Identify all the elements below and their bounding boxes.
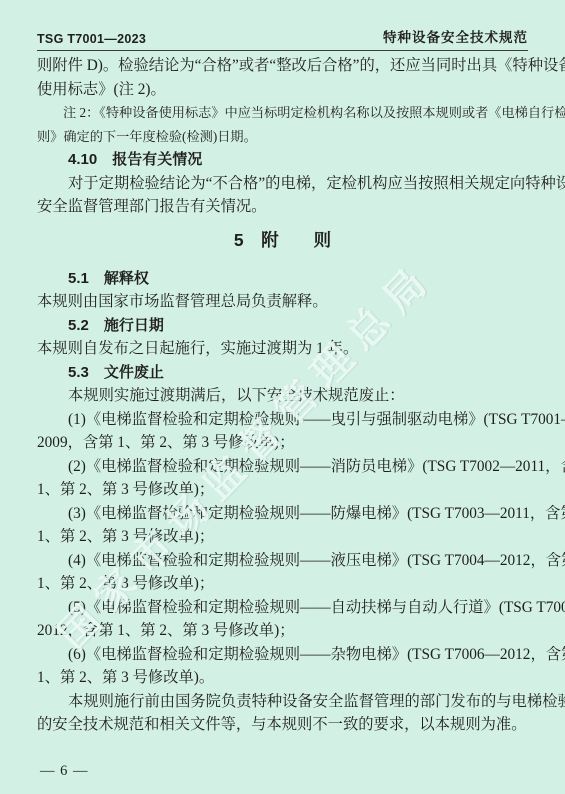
text-line: 安全监督管理部门报告有关情况。 xyxy=(37,195,528,219)
section-heading: 4.10 报告有关情况 xyxy=(37,148,528,172)
section-heading: 5.3 文件废止 xyxy=(37,361,528,385)
text-line: (2)《电梯监督检验和定期检验规则——消防员电梯》(TSG T7002—2011… xyxy=(37,455,528,479)
text-line: 则附件 D)。检验结论为“合格”或者“整改后合格”的，还应当同时出具《特种设备 xyxy=(37,54,528,78)
text-line: (3)《电梯监督检验和定期检验规则——防爆电梯》(TSG T7003—2011，… xyxy=(37,502,528,526)
text-line: 注 2：《特种设备使用标志》中应当标明定检机构名称以及按照本规则或者《电梯自行检… xyxy=(37,101,528,125)
text-line: 2009，含第 1、第 2、第 3 号修改单)； xyxy=(37,431,528,455)
text-line: 本规则实施过渡期满后，以下安全技术规范废止： xyxy=(37,384,528,408)
text-line: (5)《电梯监督检验和定期检验规则——自动扶梯与自动人行道》(TSG T7005… xyxy=(37,596,528,620)
section-heading: 5.2 施行日期 xyxy=(37,314,528,338)
text-line: 本规则自发布之日起施行，实施过渡期为 1 年。 xyxy=(37,337,528,361)
text-line: 2012，含第 1、第 2、第 3 号修改单)； xyxy=(37,619,528,643)
text-line: (1)《电梯监督检验和定期检验规则——曳引与强制驱动电梯》(TSG T7001— xyxy=(37,408,528,432)
text-line: 1、第 2、第 3 号修改单)； xyxy=(37,525,528,549)
text-line: (6)《电梯监督检验和定期检验规则——杂物电梯》(TSG T7006—2012，… xyxy=(37,643,528,667)
page-number: — 6 — xyxy=(40,763,89,780)
text-line: 对于定期检验结论为“不合格”的电梯，定检机构应当按照相关规定向特种设备 xyxy=(37,172,528,196)
text-line: 使用标志》(注 2)。 xyxy=(37,78,528,102)
document-body: 则附件 D)。检验结论为“合格”或者“整改后合格”的，还应当同时出具《特种设备使… xyxy=(37,54,528,737)
document-page: TSG T7001—2023 特种设备安全技术规范 则附件 D)。检验结论为“合… xyxy=(0,0,565,794)
section-heading: 5.1 解释权 xyxy=(37,267,528,291)
text-line: 的安全技术规范和相关文件等，与本规则不一致的要求，以本规则为准。 xyxy=(37,713,528,737)
header-document-code: TSG T7001—2023 xyxy=(37,32,146,46)
text-line: 本规则施行前由国务院负责特种设备安全监督管理的部门发布的与电梯检验有关 xyxy=(37,690,528,714)
text-line: 1、第 2、第 3 号修改单)； xyxy=(37,572,528,596)
text-line: 则》确定的下一年度检验(检测)日期。 xyxy=(37,125,528,149)
text-line: 本规则由国家市场监督管理总局负责解释。 xyxy=(37,290,528,314)
header-document-category: 特种设备安全技术规范 xyxy=(383,26,528,46)
page-header: TSG T7001—2023 特种设备安全技术规范 xyxy=(37,26,528,51)
chapter-heading: 5 附 则 xyxy=(37,227,528,253)
text-line: 1、第 2、第 3 号修改单)； xyxy=(37,478,528,502)
text-line: (4)《电梯监督检验和定期检验规则——液压电梯》(TSG T7004—2012，… xyxy=(37,549,528,573)
text-line: 1、第 2、第 3 号修改单)。 xyxy=(37,666,528,690)
